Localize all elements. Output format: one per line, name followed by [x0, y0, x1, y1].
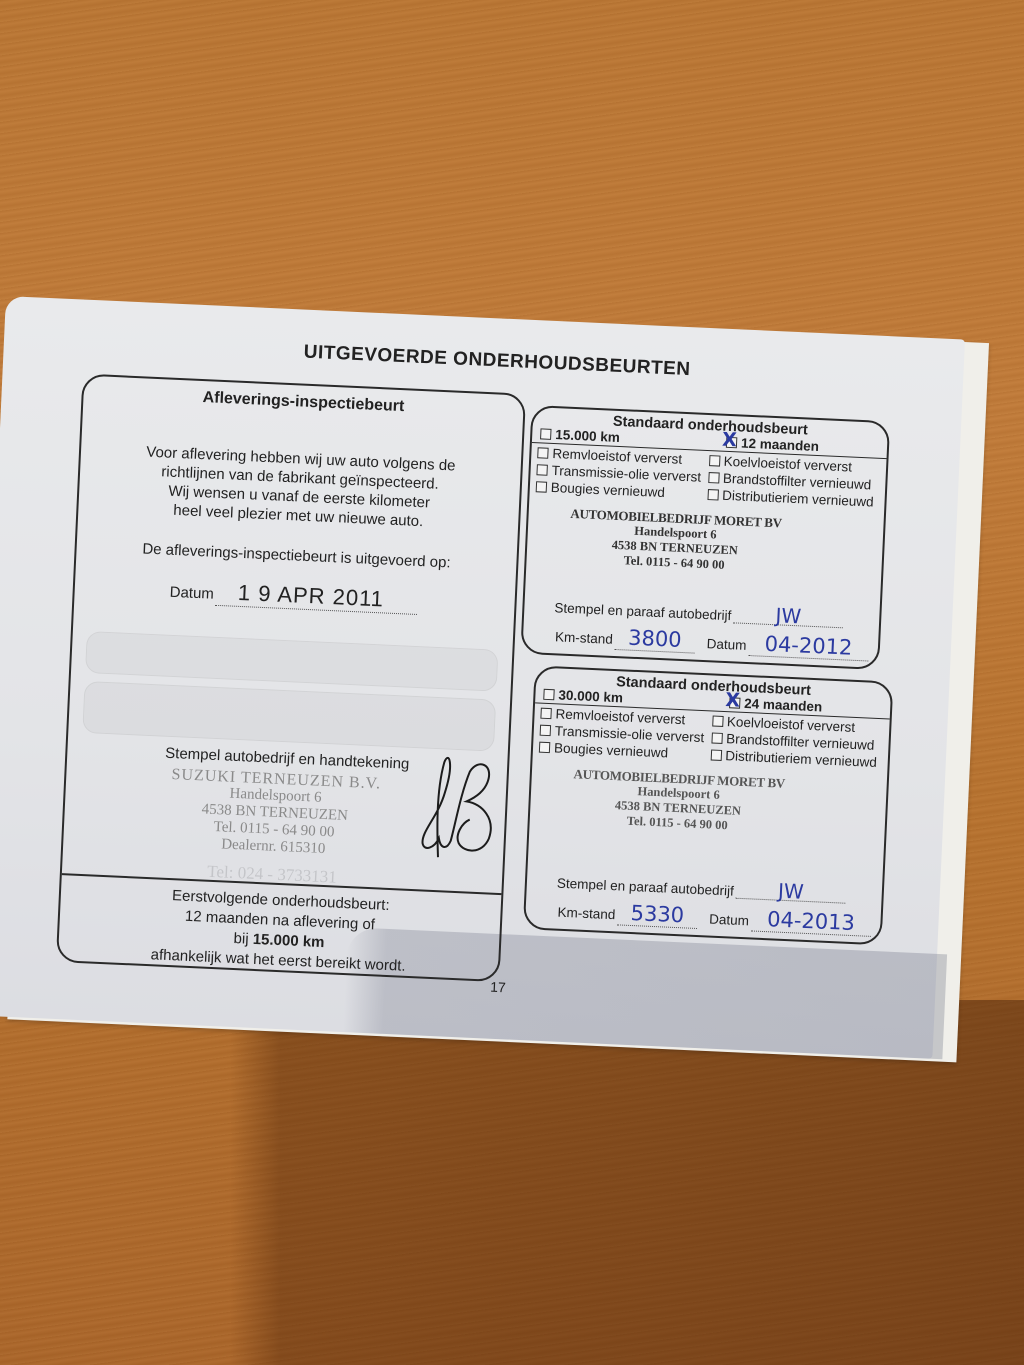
km-option[interactable]: 30.000 km [543, 687, 623, 706]
delivery-inspection-title: Afleverings-inspectiebeurt [83, 384, 523, 422]
months-option-label: 12 maanden [741, 436, 820, 455]
next-service-prefix: bij [233, 930, 253, 948]
booklet-page: UITGEVOERDE ONDERHOUDSBEURTEN Aflevering… [0, 296, 965, 1059]
checkbox-icon[interactable] [709, 455, 720, 466]
paraaf-label: Stempel en paraaf autobedrijf [554, 600, 732, 623]
paraaf-label: Stempel en paraaf autobedrijf [557, 876, 735, 899]
km-label: Km-stand [555, 629, 613, 647]
months-option[interactable]: 12 maanden [726, 435, 820, 454]
paraaf-initials: JW [736, 880, 847, 904]
km-option-label: 15.000 km [555, 427, 620, 445]
km-value: 5330 [617, 900, 698, 929]
date-value: 04-2013 [750, 906, 871, 936]
dealer-stamp: AUTOMOBIELBEDRIJF MORET BV Handelspoort … [466, 501, 883, 580]
checked-checkbox-icon[interactable] [729, 697, 740, 708]
checkbox-icon[interactable] [540, 708, 551, 719]
date-label: Datum [709, 912, 749, 929]
checked-checkbox-icon[interactable] [726, 437, 737, 448]
checkbox-icon[interactable] [540, 428, 551, 439]
km-date-row: Km-stand 3800 Datum 04-2012 [555, 622, 869, 661]
checkbox-icon[interactable] [536, 481, 547, 492]
delivery-date-row: Datum 1 9 APR 2011 [169, 577, 515, 620]
page-title: UITGEVOERDE ONDERHOUDSBEURTEN [303, 342, 691, 382]
km-label: Km-stand [557, 905, 615, 923]
dealer-stamp: SUZUKI TERNEUZEN B.V. Handelspoort 6 453… [127, 764, 422, 889]
months-option[interactable]: 24 maanden [729, 695, 823, 714]
checkbox-icon[interactable] [540, 725, 551, 736]
checkbox-icon[interactable] [711, 732, 722, 743]
months-option-label: 24 maanden [744, 696, 823, 715]
checkbox-icon[interactable] [710, 749, 721, 760]
done-on-label: De afleverings-inspectiebeurt is uitgevo… [76, 537, 516, 574]
delivery-intro-text: Voor aflevering hebben wij uw auto volge… [78, 440, 521, 536]
km-option-label: 30.000 km [558, 687, 623, 705]
show-through-box [85, 631, 498, 692]
checkbox-icon[interactable] [539, 742, 550, 753]
checkbox-icon[interactable] [543, 689, 554, 700]
km-option[interactable]: 15.000 km [540, 426, 620, 445]
next-service-km: 15.000 km [252, 931, 324, 951]
delivery-date-value: 1 9 APR 2011 [215, 579, 418, 615]
checkbox-icon[interactable] [707, 489, 718, 500]
checkbox-icon[interactable] [712, 715, 723, 726]
checkbox-icon[interactable] [536, 464, 547, 475]
task-label: Bougies vernieuwd [551, 480, 666, 500]
date-value: 04-2012 [748, 631, 869, 661]
service-box-1: Standaard onderhoudsbeurt 15.000 km 12 m… [520, 405, 890, 670]
date-label: Datum [169, 584, 214, 603]
checkbox-icon[interactable] [537, 447, 548, 458]
checkbox-icon[interactable] [708, 472, 719, 483]
task-label: Bougies vernieuwd [554, 740, 669, 760]
service-box-2: Standaard onderhoudsbeurt 30.000 km 24 m… [523, 665, 894, 945]
paraaf-initials: JW [733, 604, 844, 628]
delivery-inspection-box: Afleverings-inspectiebeurt Voor afleveri… [56, 374, 526, 983]
date-label: Datum [706, 636, 746, 653]
show-through-box [82, 681, 496, 752]
next-service-info: Eerstvolgende onderhoudsbeurt: 12 maande… [58, 881, 501, 981]
km-date-row: Km-stand 5330 Datum 04-2013 [557, 898, 871, 937]
dealer-stamp: AUTOMOBIELBEDRIJF MORET BV Handelspoort … [470, 762, 887, 841]
page-number: 17 [490, 979, 506, 996]
km-value: 3800 [614, 625, 695, 654]
